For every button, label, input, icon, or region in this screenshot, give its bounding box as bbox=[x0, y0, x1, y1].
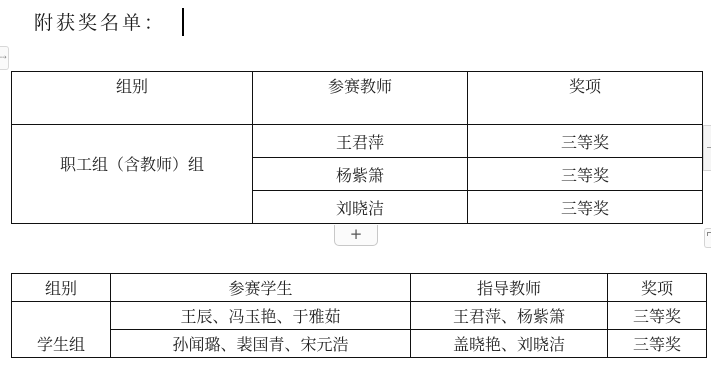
header-students[interactable]: 参赛学生 bbox=[111, 274, 411, 302]
table-row: 孙闻璐、裴国青、宋元浩 盖晓艳、刘晓洁 三等奖 bbox=[12, 330, 707, 358]
add-row-button[interactable]: + bbox=[334, 225, 378, 246]
table-row: 职工组（含教师）组 王君萍 三等奖 bbox=[12, 125, 703, 158]
header-award[interactable]: 奖项 bbox=[608, 274, 707, 302]
text-cursor bbox=[182, 8, 184, 36]
staff-award-table: 组别 参赛教师 奖项 职工组（含教师）组 王君萍 三等奖 杨紫箫 三等奖 刘晓洁… bbox=[11, 71, 703, 224]
table-row: 学生组 王辰、冯玉艳、于雅茹 王君萍、杨紫箫 三等奖 bbox=[12, 302, 707, 330]
table-resize-handle-icon[interactable] bbox=[704, 228, 711, 248]
header-award[interactable]: 奖项 bbox=[468, 72, 703, 125]
column-resize-tab[interactable] bbox=[703, 125, 711, 171]
document-heading: 附获奖名单： bbox=[34, 8, 166, 35]
award-cell[interactable]: 三等奖 bbox=[468, 125, 703, 158]
award-cell[interactable]: 三等奖 bbox=[468, 158, 703, 191]
advisors-cell[interactable]: 盖晓艳、刘晓洁 bbox=[411, 330, 608, 358]
group-cell[interactable]: 学生组 bbox=[12, 302, 111, 358]
teacher-cell[interactable]: 杨紫箫 bbox=[253, 158, 468, 191]
teacher-cell[interactable]: 王君萍 bbox=[253, 125, 468, 158]
table-header-row: 组别 参赛教师 奖项 bbox=[12, 72, 703, 125]
group-cell[interactable]: 职工组（含教师）组 bbox=[12, 125, 253, 224]
table-move-handle-icon[interactable]: ⇢ bbox=[0, 46, 9, 70]
header-group[interactable]: 组别 bbox=[12, 72, 253, 125]
award-cell[interactable]: 三等奖 bbox=[468, 191, 703, 224]
student-award-table: 组别 参赛学生 指导教师 奖项 学生组 王辰、冯玉艳、于雅茹 王君萍、杨紫箫 三… bbox=[11, 273, 707, 358]
students-cell[interactable]: 孙闻璐、裴国青、宋元浩 bbox=[111, 330, 411, 358]
award-cell[interactable]: 三等奖 bbox=[608, 330, 707, 358]
header-advisors[interactable]: 指导教师 bbox=[411, 274, 608, 302]
table-header-row: 组别 参赛学生 指导教师 奖项 bbox=[12, 274, 707, 302]
teacher-cell[interactable]: 刘晓洁 bbox=[253, 191, 468, 224]
header-teacher[interactable]: 参赛教师 bbox=[253, 72, 468, 125]
award-cell[interactable]: 三等奖 bbox=[608, 302, 707, 330]
header-group[interactable]: 组别 bbox=[12, 274, 111, 302]
students-cell[interactable]: 王辰、冯玉艳、于雅茹 bbox=[111, 302, 411, 330]
advisors-cell[interactable]: 王君萍、杨紫箫 bbox=[411, 302, 608, 330]
